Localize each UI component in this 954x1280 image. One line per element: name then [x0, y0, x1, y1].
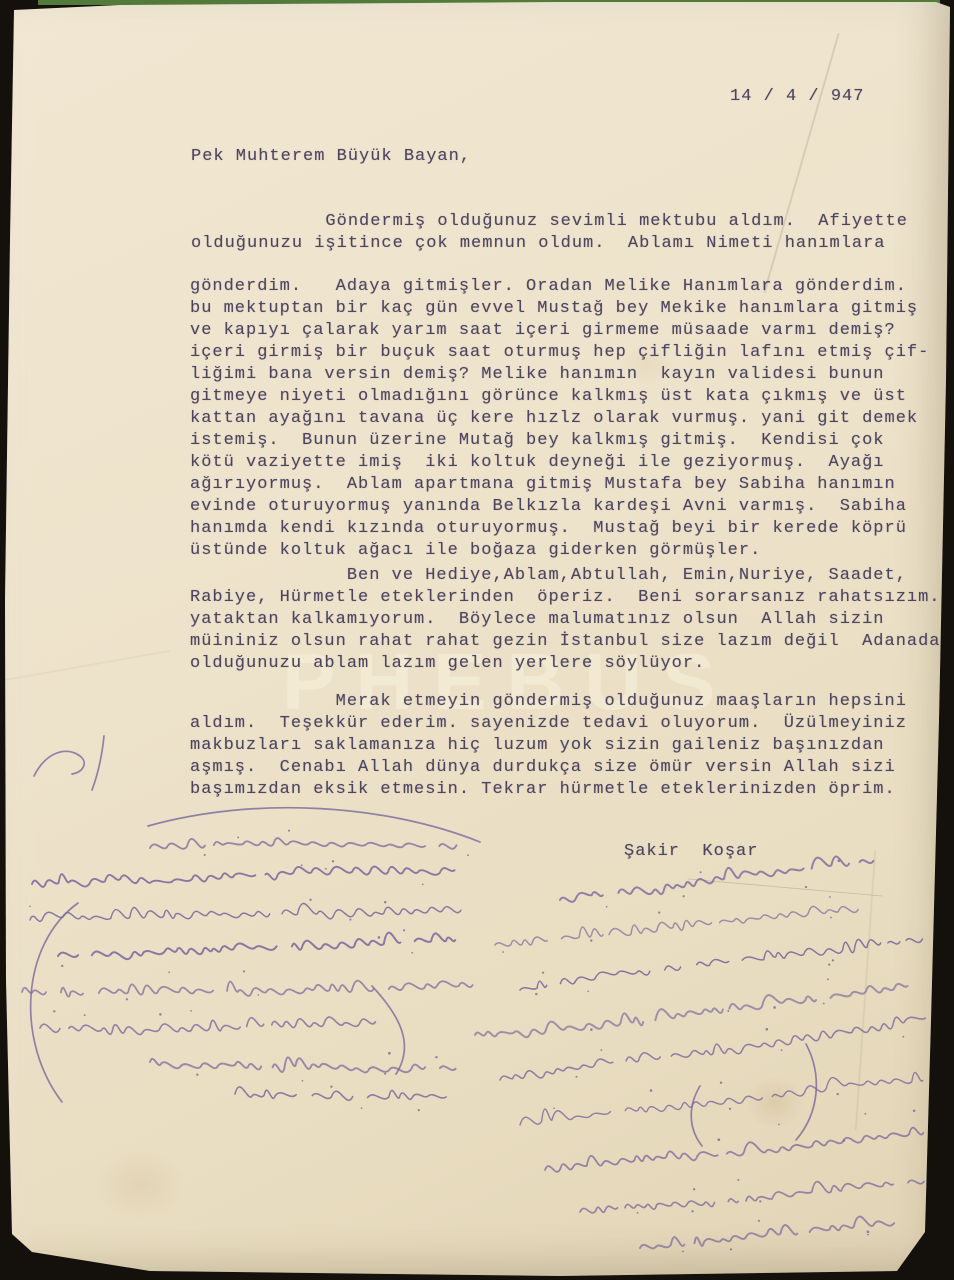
pencil-guide-line — [688, 879, 882, 896]
letter-page: PHEBUS 14 / 4 / 947 Pek Muhterem Büyük B… — [0, 0, 954, 1280]
handwritten-annotations — [0, 0, 954, 1280]
right-annotation-cluster — [475, 857, 934, 1253]
scan-background: PHEBUS 14 / 4 / 947 Pek Muhterem Büyük B… — [0, 0, 954, 1280]
left-annotation-cluster — [22, 830, 473, 1112]
